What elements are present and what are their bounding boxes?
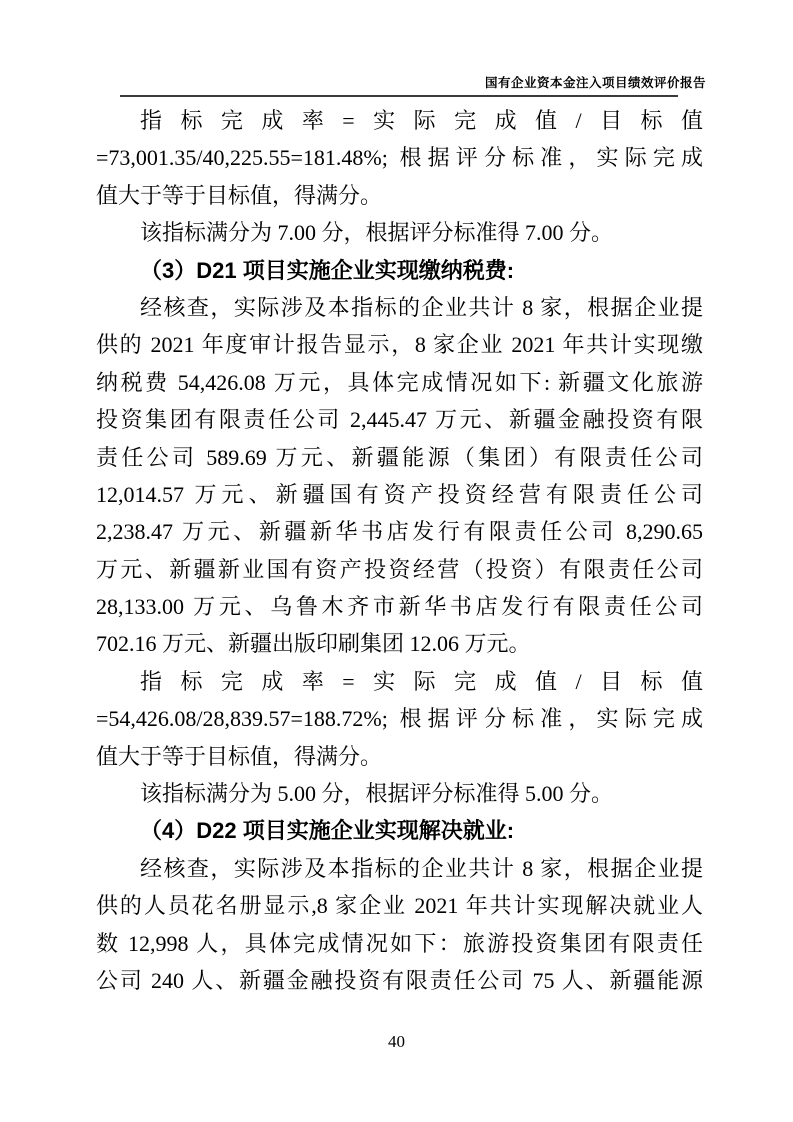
paragraph: 指标完成率=实际完成值/目标值=54,426.08/28,839.57=188.… (96, 663, 703, 775)
text-line: 经核查，实际涉及本指标的企业共计 8 家，根据企业提 (96, 850, 703, 887)
paragraph: 该指标满分为 5.00 分，根据评分标准得 5.00 分。 (96, 775, 703, 812)
text-line: （3）D21 项目实施企业实现缴纳税费: (96, 252, 703, 289)
text-line: 28,133.00 万元、乌鲁木齐市新华书店发行有限责任公司 (96, 588, 703, 625)
text-line: =54,426.08/28,839.57=188.72%; 根据评分标准，实际完… (96, 700, 703, 737)
text-line: 数 12,998 人，具体完成情况如下：旅游投资集团有限责任 (96, 925, 703, 962)
header-rule (120, 95, 678, 97)
text-line: 值大于等于目标值，得满分。 (96, 738, 703, 775)
text-line: 该指标满分为 7.00 分，根据评分标准得 7.00 分。 (96, 214, 703, 251)
paragraph: 指标完成率=实际完成值/目标值=73,001.35/40,225.55=181.… (96, 102, 703, 214)
text-line: 指标完成率=实际完成值/目标值 (96, 102, 703, 139)
text-line: 万元、新疆新业国有资产投资经营（投资）有限责任公司 (96, 551, 703, 588)
text-line: =73,001.35/40,225.55=181.48%; 根据评分标准，实际完… (96, 139, 703, 176)
text-line: 12,014.57 万元、新疆国有资产投资经营有限责任公司 (96, 476, 703, 513)
document-body: 指标完成率=实际完成值/目标值=73,001.35/40,225.55=181.… (96, 102, 703, 999)
paragraph: 该指标满分为 7.00 分，根据评分标准得 7.00 分。 (96, 214, 703, 251)
text-line: 公司 240 人、新疆金融投资有限责任公司 75 人、新疆能源 (96, 962, 703, 999)
text-line: 经核查，实际涉及本指标的企业共计 8 家，根据企业提 (96, 289, 703, 326)
text-line: 2,238.47 万元、新疆新华书店发行有限责任公司 8,290.65 (96, 513, 703, 550)
text-line: 指标完成率=实际完成值/目标值 (96, 663, 703, 700)
page-number: 40 (0, 1031, 793, 1053)
text-line: （4）D22 项目实施企业实现解决就业: (96, 812, 703, 849)
text-line: 702.16 万元、新疆出版印刷集团 12.06 万元。 (96, 625, 703, 662)
text-line: 投资集团有限责任公司 2,445.47 万元、新疆金融投资有限 (96, 401, 703, 438)
text-line: 供的 2021 年度审计报告显示，8 家企业 2021 年共计实现缴 (96, 326, 703, 363)
heading: （3）D21 项目实施企业实现缴纳税费: (96, 252, 703, 289)
text-line: 该指标满分为 5.00 分，根据评分标准得 5.00 分。 (96, 775, 703, 812)
text-line: 纳税费 54,426.08 万元，具体完成情况如下: 新疆文化旅游 (96, 364, 703, 401)
text-line: 供的人员花名册显示,8 家企业 2021 年共计实现解决就业人 (96, 887, 703, 924)
paragraph: 经核查，实际涉及本指标的企业共计 8 家，根据企业提供的人员花名册显示,8 家企… (96, 850, 703, 1000)
report-page: 国有企业资本金注入项目绩效评价报告 指标完成率=实际完成值/目标值=73,001… (0, 0, 793, 1122)
page-header-title: 国有企业资本金注入项目绩效评价报告 (485, 73, 706, 91)
heading: （4）D22 项目实施企业实现解决就业: (96, 812, 703, 849)
text-line: 责任公司 589.69 万元、新疆能源（集团）有限责任公司 (96, 439, 703, 476)
text-line: 值大于等于目标值，得满分。 (96, 177, 703, 214)
paragraph: 经核查，实际涉及本指标的企业共计 8 家，根据企业提供的 2021 年度审计报告… (96, 289, 703, 663)
